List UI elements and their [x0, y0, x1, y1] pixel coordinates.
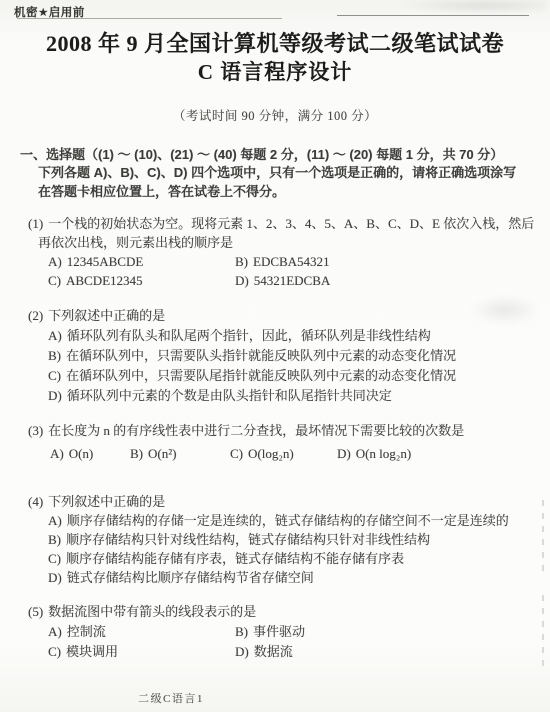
option-label: D) — [235, 273, 249, 288]
section-instruction-line-1: 下列各题 A)、B)、C)、D) 四个选项中，只有一个选项是正确的，请将正确选项… — [20, 164, 535, 182]
question-number: (2) — [28, 308, 43, 323]
option-c: C)模块调用 — [48, 642, 235, 662]
question-number: (5) — [28, 604, 43, 619]
option-text: 顺序存储结构能存储有序表，链式存储结构不能存储有序表 — [66, 551, 404, 566]
option-a: A)12345ABCDE — [48, 252, 235, 271]
option-c: C)O(log₂n) — [230, 446, 294, 462]
question-stem-text: 数据流图中带有箭头的线段表示的是 — [48, 604, 256, 619]
option-label: C) — [230, 446, 243, 461]
option-text: 顺序存储结构只针对线性结构，链式存储结构只针对非线性结构 — [66, 532, 430, 547]
question-stem-text: 一个栈的初始状态为空。现将元素 1、2、3、4、5、A、B、C、D、E 依次入栈… — [48, 216, 534, 231]
option-text: 控制流 — [67, 624, 106, 639]
paper-title: 2008 年 9 月全国计算机等级考试二级笔试试卷 — [0, 27, 550, 58]
options-grid: A)12345ABCDE B)EDCBA54321 C)ABCDE12345 D… — [48, 252, 533, 290]
option-text: 链式存储结构比顺序存储结构节省存储空间 — [67, 570, 314, 585]
option-text: ABCDE12345 — [66, 273, 143, 288]
option-label: B) — [235, 254, 248, 269]
option-label: C) — [48, 368, 61, 383]
binding-edge-mark — [542, 500, 544, 578]
option-label: B) — [130, 446, 143, 461]
option-label: C) — [48, 273, 61, 288]
option-label: B) — [48, 532, 61, 547]
options-grid: A)控制流 B)事件驱动 C)模块调用 D)数据流 — [48, 622, 533, 662]
option-b: B)O(n²) — [130, 446, 176, 462]
question-stem: (4)下列叙述中正确的是 — [28, 492, 533, 511]
exam-duration-info: （考试时间 90 分钟，满分 100 分） — [0, 106, 550, 124]
option-text: 模块调用 — [66, 644, 118, 659]
option-a: A)控制流 — [48, 622, 235, 642]
option-b: B)EDCBA54321 — [235, 252, 533, 271]
option-text: O(n) — [69, 446, 94, 461]
binding-edge-mark — [542, 595, 544, 667]
option-label: A) — [48, 254, 62, 269]
option-text: 在循环队列中，只需要队头指针就能反映队列中元素的动态变化情况 — [66, 348, 456, 363]
options-list: A)循环队列有队头和队尾两个指针，因此，循环队列是非线性结构 B)在循环队列中，… — [48, 326, 533, 406]
option-d: D)循环队列中元素的个数是由队头指针和队尾指针共同决定 — [48, 386, 533, 406]
option-text: 在循环队列中，只需要队尾指针就能反映队列中元素的动态变化情况 — [66, 368, 456, 383]
option-label: B) — [48, 348, 61, 363]
section-multiple-choice: 一、选择题（(1) ～ (10)、(21) ～ (40) 每题 2 分，(11)… — [20, 146, 535, 201]
option-text: 数据流 — [254, 644, 293, 659]
option-d: D)O(n log₂n) — [337, 446, 411, 462]
question-stem: (3)在长度为 n 的有序线性表中进行二分查找，最坏情况下需要比较的次数是 — [28, 421, 533, 440]
question-2: (2)下列叙述中正确的是 A)循环队列有队头和队尾两个指针，因此，循环队列是非线… — [28, 306, 533, 406]
question-3: (3)在长度为 n 的有序线性表中进行二分查找，最坏情况下需要比较的次数是 A)… — [28, 421, 533, 464]
option-text: O(log₂n) — [248, 446, 294, 461]
question-5: (5)数据流图中带有箭头的线段表示的是 A)控制流 B)事件驱动 C)模块调用 … — [28, 602, 533, 662]
option-text: EDCBA54321 — [253, 254, 330, 269]
option-label: D) — [235, 644, 249, 659]
options-list: A)顺序存储结构的存储一定是连续的，链式存储结构的存储空间不一定是连续的 B)顺… — [48, 511, 533, 587]
question-number: (1) — [28, 216, 43, 231]
paper-subtitle: C 语言程序设计 — [0, 56, 550, 86]
page-footer: 二级C语言1 — [138, 690, 204, 706]
question-stem-text: 在长度为 n 的有序线性表中进行二分查找，最坏情况下需要比较的次数是 — [48, 423, 464, 438]
question-stem: (5)数据流图中带有箭头的线段表示的是 — [28, 602, 533, 622]
scan-bleedthrough-artifact — [395, 0, 545, 14]
option-c: C)在循环队列中，只需要队尾指针就能反映队列中元素的动态变化情况 — [48, 366, 533, 386]
option-d: D)54321EDCBA — [235, 271, 533, 290]
option-text: 顺序存储结构的存储一定是连续的，链式存储结构的存储空间不一定是连续的 — [67, 513, 509, 528]
option-label: A) — [48, 328, 62, 343]
question-stem: (1)一个栈的初始状态为空。现将元素 1、2、3、4、5、A、B、C、D、E 依… — [28, 214, 533, 233]
option-text: O(n log₂n) — [356, 446, 411, 461]
exam-paper-page: 机密★启用前 2008 年 9 月全国计算机等级考试二级笔试试卷 C 语言程序设… — [0, 0, 550, 712]
option-b: B)在循环队列中，只需要队头指针就能反映队列中元素的动态变化情况 — [48, 346, 533, 366]
option-text: 事件驱动 — [253, 624, 305, 639]
option-label: A) — [48, 513, 62, 528]
option-label: D) — [337, 446, 351, 461]
option-a: A)O(n) — [50, 446, 93, 462]
question-number: (4) — [28, 494, 43, 509]
confidential-label: 机密★启用前 — [14, 4, 85, 20]
option-a: A)循环队列有队头和队尾两个指针，因此，循环队列是非线性结构 — [48, 326, 533, 346]
option-d: D)链式存储结构比顺序存储结构节省存储空间 — [48, 568, 533, 587]
option-c: C)顺序存储结构能存储有序表，链式存储结构不能存储有序表 — [48, 549, 533, 568]
option-label: A) — [48, 624, 62, 639]
option-text: 12345ABCDE — [67, 254, 144, 269]
question-number: (3) — [28, 423, 43, 438]
option-label: A) — [50, 446, 64, 461]
option-b: B)事件驱动 — [235, 622, 533, 642]
option-c: C)ABCDE12345 — [48, 271, 235, 290]
question-stem-text: 下列叙述中正确的是 — [48, 308, 165, 323]
option-text: O(n²) — [148, 446, 176, 461]
header-rule-right — [337, 15, 529, 16]
question-stem-continuation: 再依次出栈，则元素出栈的顺序是 — [28, 233, 533, 252]
question-stem: (2)下列叙述中正确的是 — [28, 306, 533, 326]
option-a: A)顺序存储结构的存储一定是连续的，链式存储结构的存储空间不一定是连续的 — [48, 511, 533, 530]
options-row: A)O(n) B)O(n²) C)O(log₂n) D)O(n log₂n) — [28, 446, 533, 464]
question-1: (1)一个栈的初始状态为空。现将元素 1、2、3、4、5、A、B、C、D、E 依… — [28, 214, 533, 290]
option-d: D)数据流 — [235, 642, 533, 662]
option-label: C) — [48, 644, 61, 659]
question-4: (4)下列叙述中正确的是 A)顺序存储结构的存储一定是连续的，链式存储结构的存储… — [28, 492, 533, 587]
option-label: C) — [48, 551, 61, 566]
option-b: B)顺序存储结构只针对线性结构，链式存储结构只针对非线性结构 — [48, 530, 533, 549]
option-label: B) — [235, 624, 248, 639]
option-text: 循环队列中元素的个数是由队头指针和队尾指针共同决定 — [67, 388, 392, 403]
section-instruction-line-2: 在答题卡相应位置上，答在试卷上不得分。 — [20, 183, 535, 201]
option-text: 循环队列有队头和队尾两个指针，因此，循环队列是非线性结构 — [67, 328, 431, 343]
option-label: D) — [48, 570, 62, 585]
question-stem-text: 下列叙述中正确的是 — [48, 494, 165, 509]
option-text: 54321EDCBA — [254, 273, 331, 288]
section-heading: 一、选择题（(1) ～ (10)、(21) ～ (40) 每题 2 分，(11)… — [20, 146, 535, 164]
option-label: D) — [48, 388, 62, 403]
